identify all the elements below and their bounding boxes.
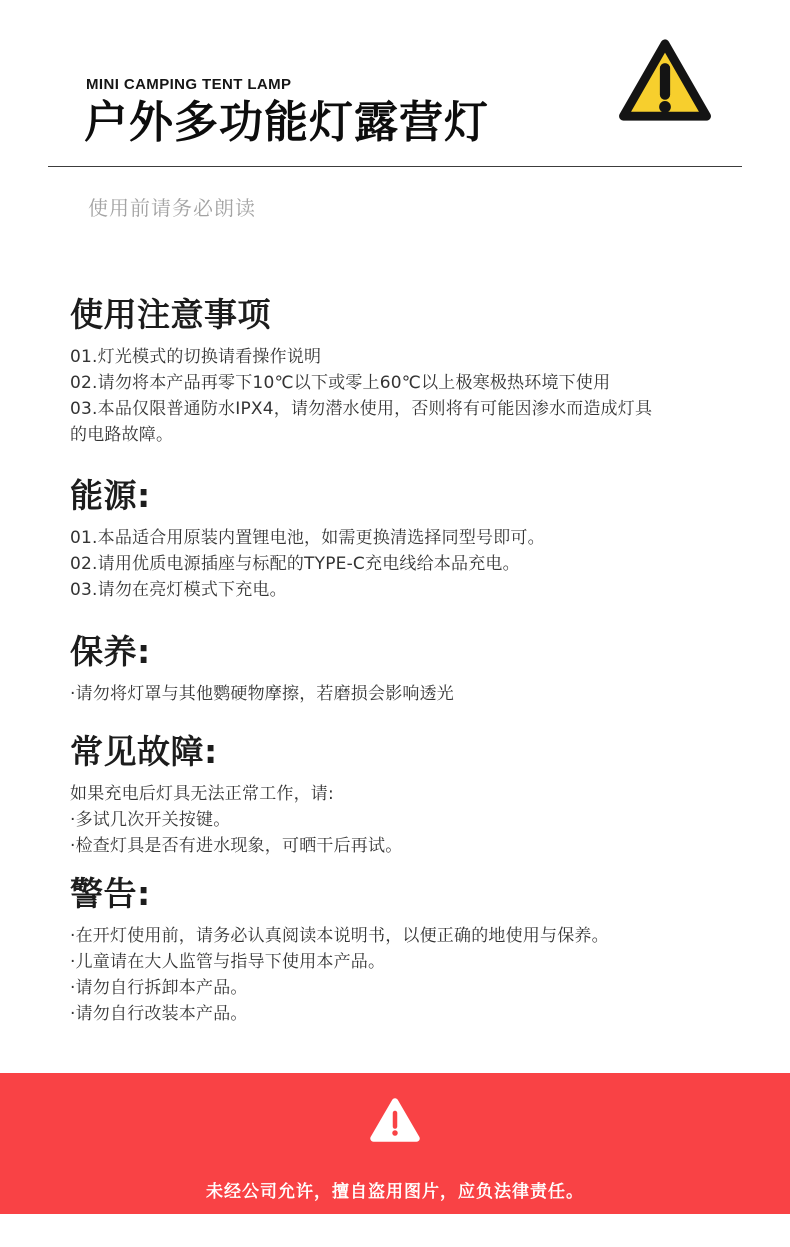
section-body: ·在开灯使用前，请务必认真阅读本说明书，以便正确的地使用与保养。 ·儿童请在大人… (70, 923, 735, 1027)
instruction-line: ·在开灯使用前，请务必认真阅读本说明书，以便正确的地使用与保养。 (70, 923, 735, 949)
pre-use-note: 使用前请务必朗读 (88, 192, 256, 221)
section-heading: 使用注意事项 (70, 294, 735, 336)
instruction-line: 03.请勿在亮灯模式下充电。 (70, 577, 735, 603)
instruction-line: 01.本品适合用原装内置锂电池，如需更换清选择同型号即可。 (70, 525, 735, 551)
section-body: ·请勿将灯罩与其他鹦硬物摩擦，若磨损会影响透光 (70, 681, 735, 707)
legal-notice: 未经公司允许，擅自盗用图片，应负法律责任。 (0, 1177, 790, 1202)
instruction-line: 的电路故障。 (70, 422, 735, 448)
copyright-banner: 未经公司允许，擅自盗用图片，应负法律责任。 (0, 1073, 790, 1214)
section-heading: 警告: (70, 873, 735, 915)
title-divider (48, 166, 742, 167)
manual-page: MINI CAMPING TENT LAMP 户外多功能灯露营灯 使用前请务必朗… (0, 0, 790, 1247)
warning-triangle-icon (616, 36, 714, 124)
instruction-line: 03.本品仅限普通防水IPX4，请勿潜水使用，否则将有可能因渗水而造成灯具 (70, 396, 735, 422)
product-kicker: MINI CAMPING TENT LAMP (86, 76, 291, 93)
section-energy: 能源: 01.本品适合用原装内置锂电池，如需更换清选择同型号即可。 02.请用优… (70, 475, 735, 603)
section-heading: 保养: (70, 631, 735, 673)
instruction-line: ·检查灯具是否有进水现象，可晒干后再试。 (70, 833, 735, 859)
section-body: 01.灯光模式的切换请看操作说明 02.请勿将本产品再零下10℃以下或零上60℃… (70, 344, 735, 448)
instruction-line: 02.请勿将本产品再零下10℃以下或零上60℃以上极寒极热环境下使用 (70, 370, 735, 396)
manual-content: 使用注意事项 01.灯光模式的切换请看操作说明 02.请勿将本产品再零下10℃以… (70, 294, 735, 1027)
warning-triangle-icon (370, 1095, 420, 1145)
section-common-faults: 常见故障: 如果充电后灯具无法正常工作，请: ·多试几次开关按键。 ·检查灯具是… (70, 731, 735, 859)
section-heading: 能源: (70, 475, 735, 517)
instruction-line: ·请勿自行拆卸本产品。 (70, 975, 735, 1001)
section-body: 如果充电后灯具无法正常工作，请: ·多试几次开关按键。 ·检查灯具是否有进水现象… (70, 781, 735, 859)
section-usage-precautions: 使用注意事项 01.灯光模式的切换请看操作说明 02.请勿将本产品再零下10℃以… (70, 294, 735, 448)
instruction-line: ·请勿自行改装本产品。 (70, 1001, 735, 1027)
instruction-line: ·多试几次开关按键。 (70, 807, 735, 833)
instruction-line: ·儿童请在大人监管与指导下使用本产品。 (70, 949, 735, 975)
section-body: 01.本品适合用原装内置锂电池，如需更换清选择同型号即可。 02.请用优质电源插… (70, 525, 735, 603)
instruction-line: ·请勿将灯罩与其他鹦硬物摩擦，若磨损会影响透光 (70, 681, 735, 707)
instruction-line: 01.灯光模式的切换请看操作说明 (70, 344, 735, 370)
section-maintenance: 保养: ·请勿将灯罩与其他鹦硬物摩擦，若磨损会影响透光 (70, 631, 735, 707)
section-heading: 常见故障: (70, 731, 735, 773)
section-warning: 警告: ·在开灯使用前，请务必认真阅读本说明书，以便正确的地使用与保养。 ·儿童… (70, 873, 735, 1027)
instruction-line: 如果充电后灯具无法正常工作，请: (70, 781, 735, 807)
instruction-line: 02.请用优质电源插座与标配的TYPE-C充电线给本品充电。 (70, 551, 735, 577)
page-title: 户外多功能灯露营灯 (84, 97, 489, 150)
